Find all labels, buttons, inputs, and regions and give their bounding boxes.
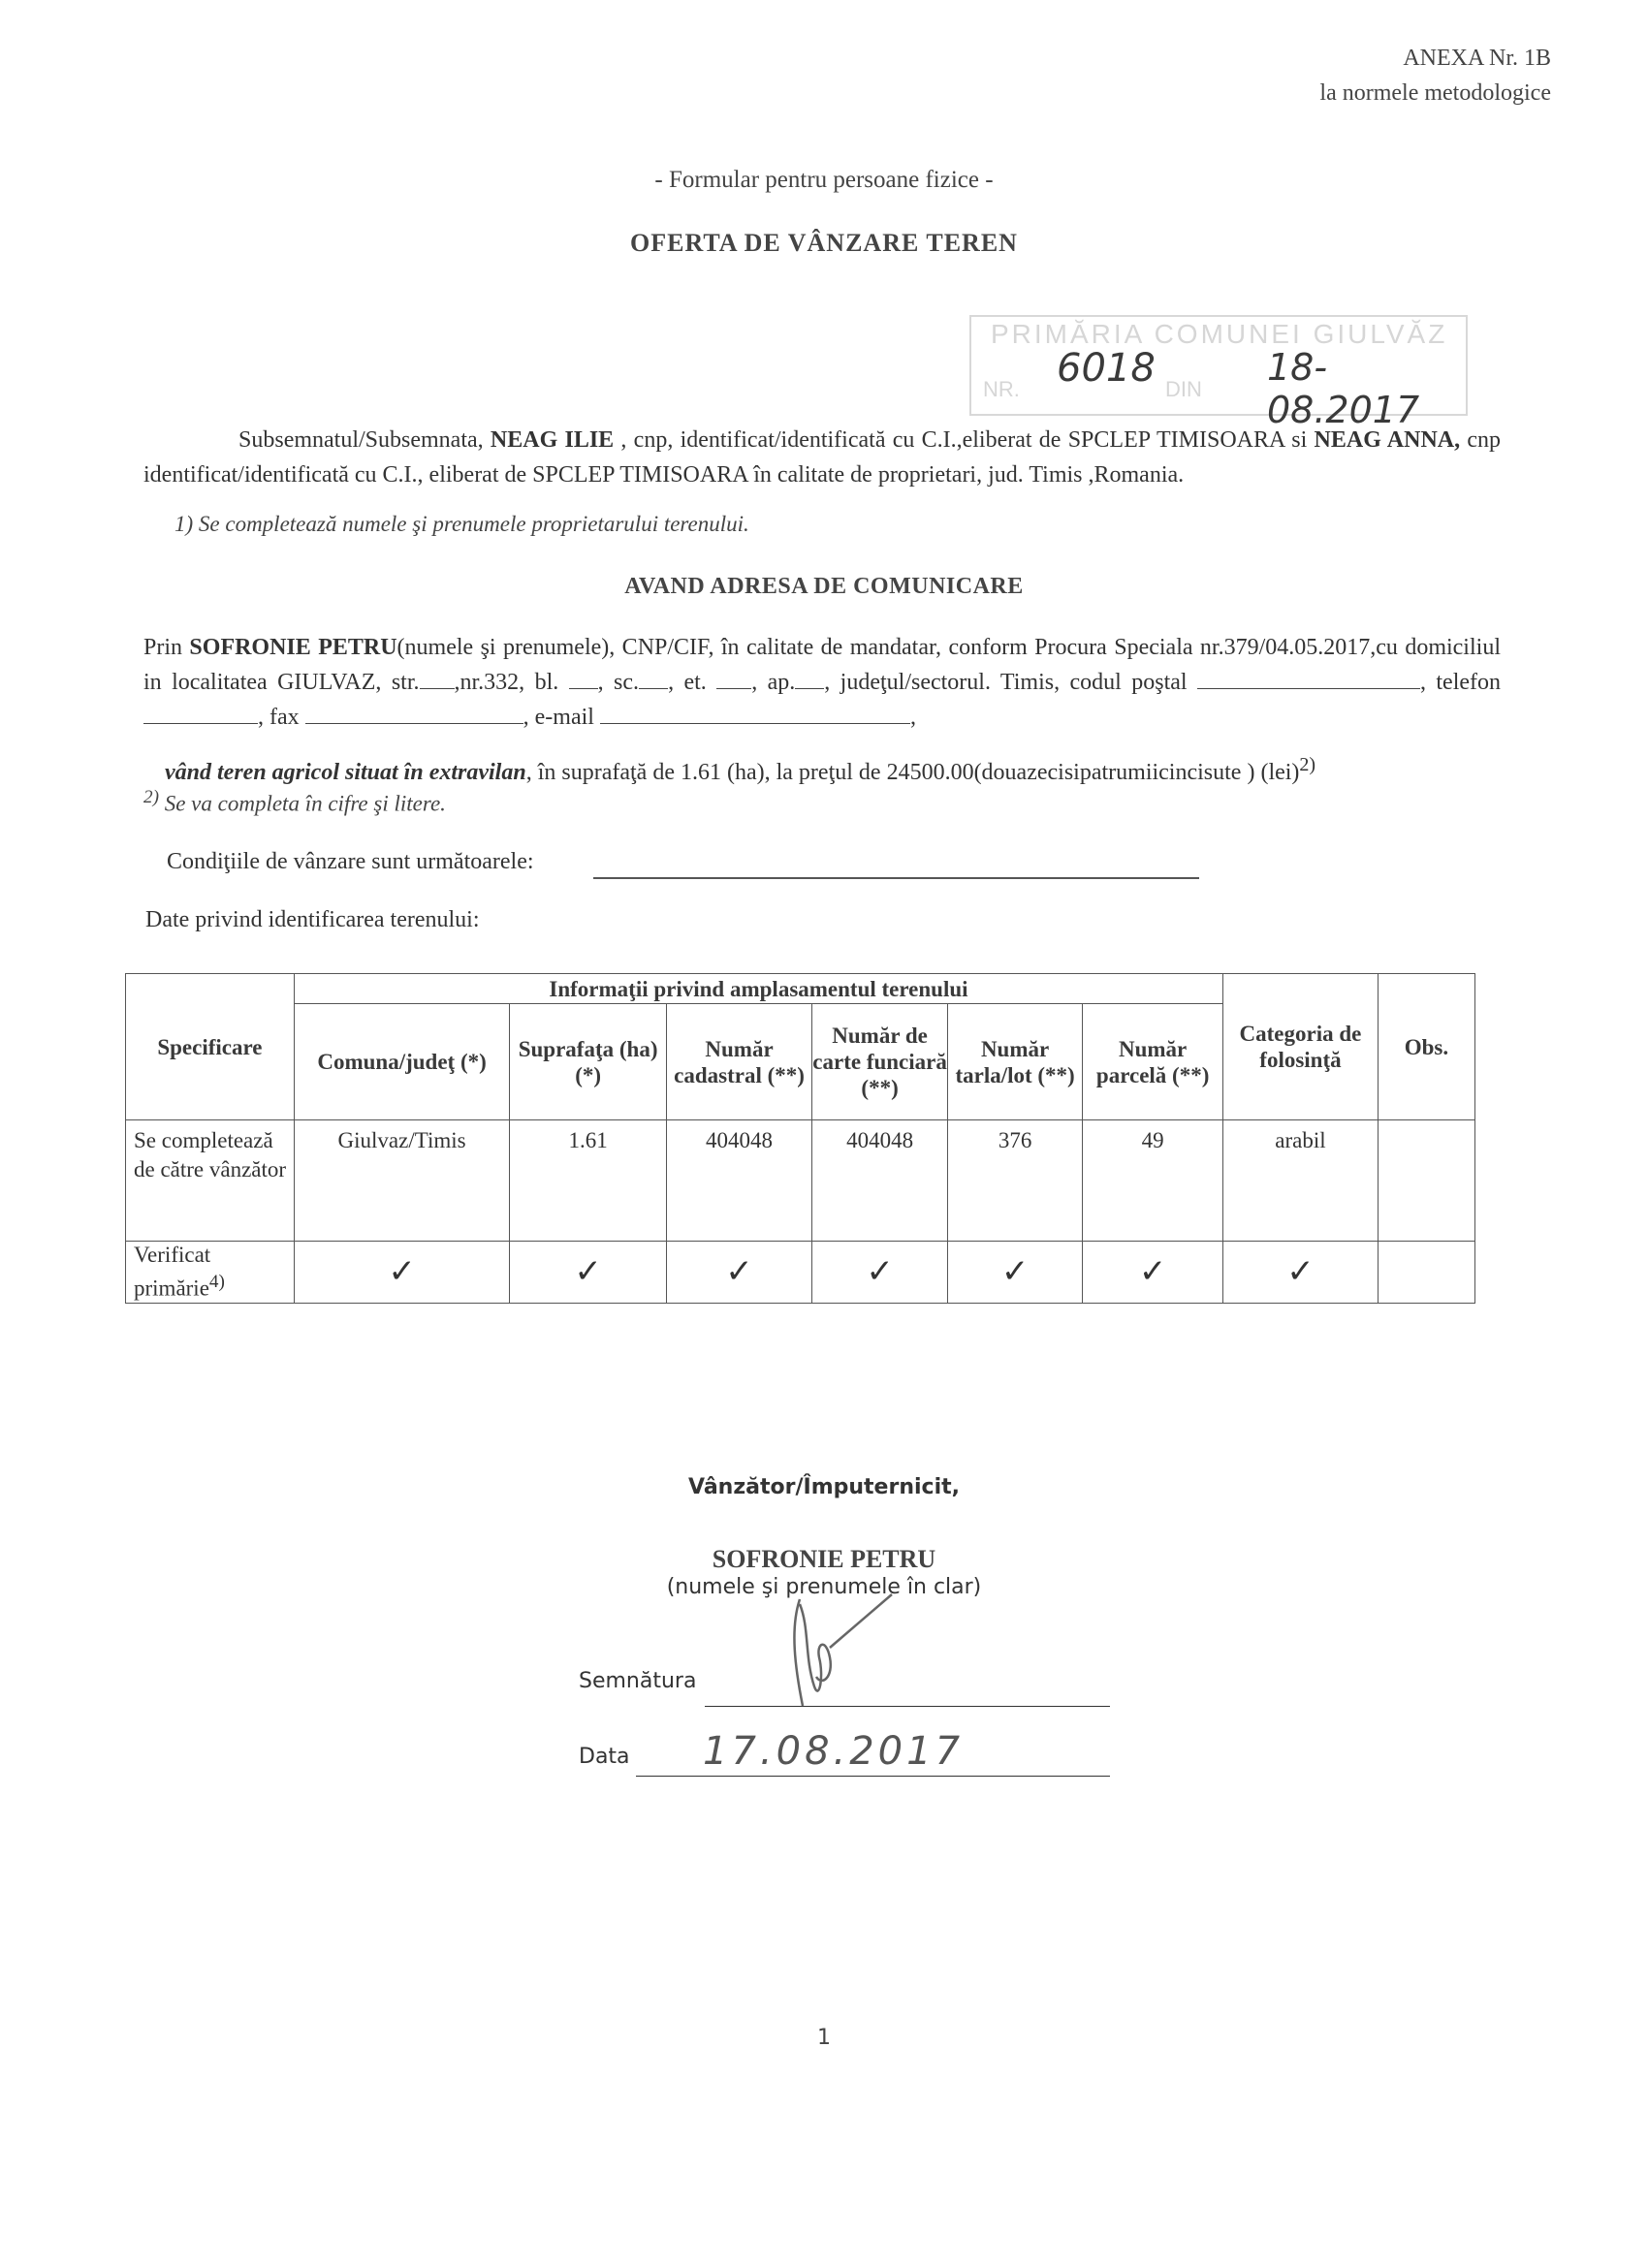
annex-number: ANEXA Nr. 1B [1319, 41, 1551, 76]
date-field[interactable] [636, 1776, 1110, 1777]
offer-footnote-ref: 2) [1299, 754, 1315, 775]
conditions-field[interactable] [593, 877, 1199, 879]
stamp-nr-label: NR. [983, 377, 1020, 402]
document-title: OFERTA DE VÂNZARE TEREN [0, 229, 1648, 258]
apartament-field[interactable] [795, 669, 824, 689]
cod-postal-label: codul poştal [1070, 670, 1188, 695]
cell-parcela: 49 [1083, 1120, 1223, 1242]
header-categoria: Categoria de folosinţă [1223, 974, 1379, 1120]
ap-text: , ap. [751, 670, 795, 695]
footnote-2: 2) Se va completa în cifre şi litere. [143, 787, 446, 817]
footnote-1: 1) Se completează numele şi prenumele pr… [174, 512, 749, 537]
owners-paragraph: Subsemnatul/Subsemnata, NEAG ILIE , cnp,… [143, 423, 1501, 492]
owner-2-name: NEAG ANNA, [1315, 427, 1461, 453]
owners-text-1: , cnp, identificat/identificată cu C.I.,… [614, 427, 1314, 453]
owner-1-name: NEAG ILIE [491, 427, 614, 453]
land-identification-table: Specificare Informaţii privind amplasame… [125, 973, 1475, 1304]
check-mark-icon: ✓ [812, 1242, 948, 1304]
date-value: 17.08.2017 [703, 1729, 964, 1774]
seller-name: SOFRONIE PETRU [0, 1545, 1648, 1574]
annex-subtitle: la normele metodologice [1319, 76, 1551, 110]
stamp-registration-number: 6018 [1057, 346, 1156, 391]
telefon-field[interactable] [143, 704, 258, 724]
verified-footnote-ref: 4) [209, 1272, 225, 1292]
cell-obs-verified [1378, 1242, 1474, 1304]
cell-categoria: arabil [1223, 1120, 1379, 1242]
page-number: 1 [0, 2026, 1648, 2050]
header-group-location: Informaţii privind amplasamentul terenul… [294, 974, 1222, 1004]
telefon-label: , telefon [1420, 670, 1501, 695]
bloc-field[interactable] [569, 669, 598, 689]
row-label-seller: Se completează de către vânzător [126, 1120, 295, 1242]
check-mark-icon: ✓ [666, 1242, 811, 1304]
header-comuna: Comuna/judeţ (*) [294, 1004, 509, 1120]
table-row-verified: Verificat primărie4) ✓ ✓ ✓ ✓ ✓ ✓ ✓ [126, 1242, 1475, 1304]
row-label-verified: Verificat primărie4) [126, 1242, 295, 1304]
footnote-2-ref: 2) [143, 787, 159, 807]
verified-label: Verificat primărie [134, 1243, 210, 1301]
handwritten-signature-icon [766, 1590, 921, 1716]
annex-reference: ANEXA Nr. 1B la normele metodologice [1319, 41, 1551, 110]
header-tarla: Număr tarla/lot (**) [947, 1004, 1082, 1120]
offer-lead: vând teren agricol situat în extravilan [165, 760, 526, 785]
cell-suprafata: 1.61 [510, 1120, 667, 1242]
prin-text: Prin [143, 635, 189, 660]
registration-stamp: PRIMĂRIA COMUNEI GIULVĂZ NR. DIN 6018 18… [969, 315, 1468, 416]
header-cadastral: Număr cadastral (**) [666, 1004, 811, 1120]
address-section-heading: AVAND ADRESA DE COMUNICARE [0, 574, 1648, 600]
offer-text: , în suprafaţă de 1.61 (ha), la preţul d… [526, 760, 1300, 785]
stamp-registration-date: 18-08.2017 [1267, 346, 1466, 431]
street-field[interactable] [420, 669, 455, 689]
scara-field[interactable] [639, 669, 668, 689]
seller-role: Vânzător/Împuternicit, [0, 1475, 1648, 1499]
cod-postal-field[interactable] [1197, 669, 1420, 689]
sc-text: , sc. [598, 670, 639, 695]
address-paragraph: Prin SOFRONIE PETRU(numele şi prenumele)… [143, 630, 1501, 735]
representative-name: SOFRONIE PETRU [189, 635, 396, 660]
check-mark-icon: ✓ [1083, 1242, 1223, 1304]
stamp-din-label: DIN [1165, 377, 1202, 402]
form-subtitle: - Formular pentru persoane fizice - [0, 167, 1648, 194]
cell-cadastral: 404048 [666, 1120, 811, 1242]
cell-tarla: 376 [947, 1120, 1082, 1242]
check-mark-icon: ✓ [947, 1242, 1082, 1304]
check-mark-icon: ✓ [510, 1242, 667, 1304]
email-field[interactable] [600, 704, 910, 724]
check-mark-icon: ✓ [1223, 1242, 1379, 1304]
cell-comuna: Giulvaz/Timis [294, 1120, 509, 1242]
judet-text: , judeţul/sectorul. Timis, [824, 670, 1060, 695]
cell-obs [1378, 1120, 1474, 1242]
footnote-2-text: Se va completa în cifre şi litere. [159, 792, 446, 816]
header-obs: Obs. [1378, 974, 1474, 1120]
header-suprafata: Suprafaţa (ha) (*) [510, 1004, 667, 1120]
header-parcela: Număr parcelă (**) [1083, 1004, 1223, 1120]
conditions-label: Condiţiile de vânzare sunt următoarele: [167, 849, 534, 875]
cell-carte-funciara: 404048 [812, 1120, 948, 1242]
email-label: , e-mail [523, 705, 594, 730]
et-text: , et. [668, 670, 707, 695]
header-specificare: Specificare [126, 974, 295, 1120]
offer-statement: vând teren agricol situat în extravilan,… [165, 754, 1315, 786]
etaj-field[interactable] [716, 669, 751, 689]
check-mark-icon: ✓ [294, 1242, 509, 1304]
header-carte-funciara: Număr de carte funciară (**) [812, 1004, 948, 1120]
date-label: Data [579, 1745, 630, 1769]
nr-text: ,nr.332, bl. [455, 670, 559, 695]
address-end: , [910, 705, 916, 730]
table-row-seller: Se completează de către vânzător Giulvaz… [126, 1120, 1475, 1242]
identification-label: Date privind identificarea terenului: [145, 907, 480, 933]
fax-label: , fax [258, 705, 300, 730]
fax-field[interactable] [305, 704, 523, 724]
signature-label: Semnătura [579, 1669, 696, 1693]
owners-intro: Subsemnatul/Subsemnata, [238, 427, 484, 453]
